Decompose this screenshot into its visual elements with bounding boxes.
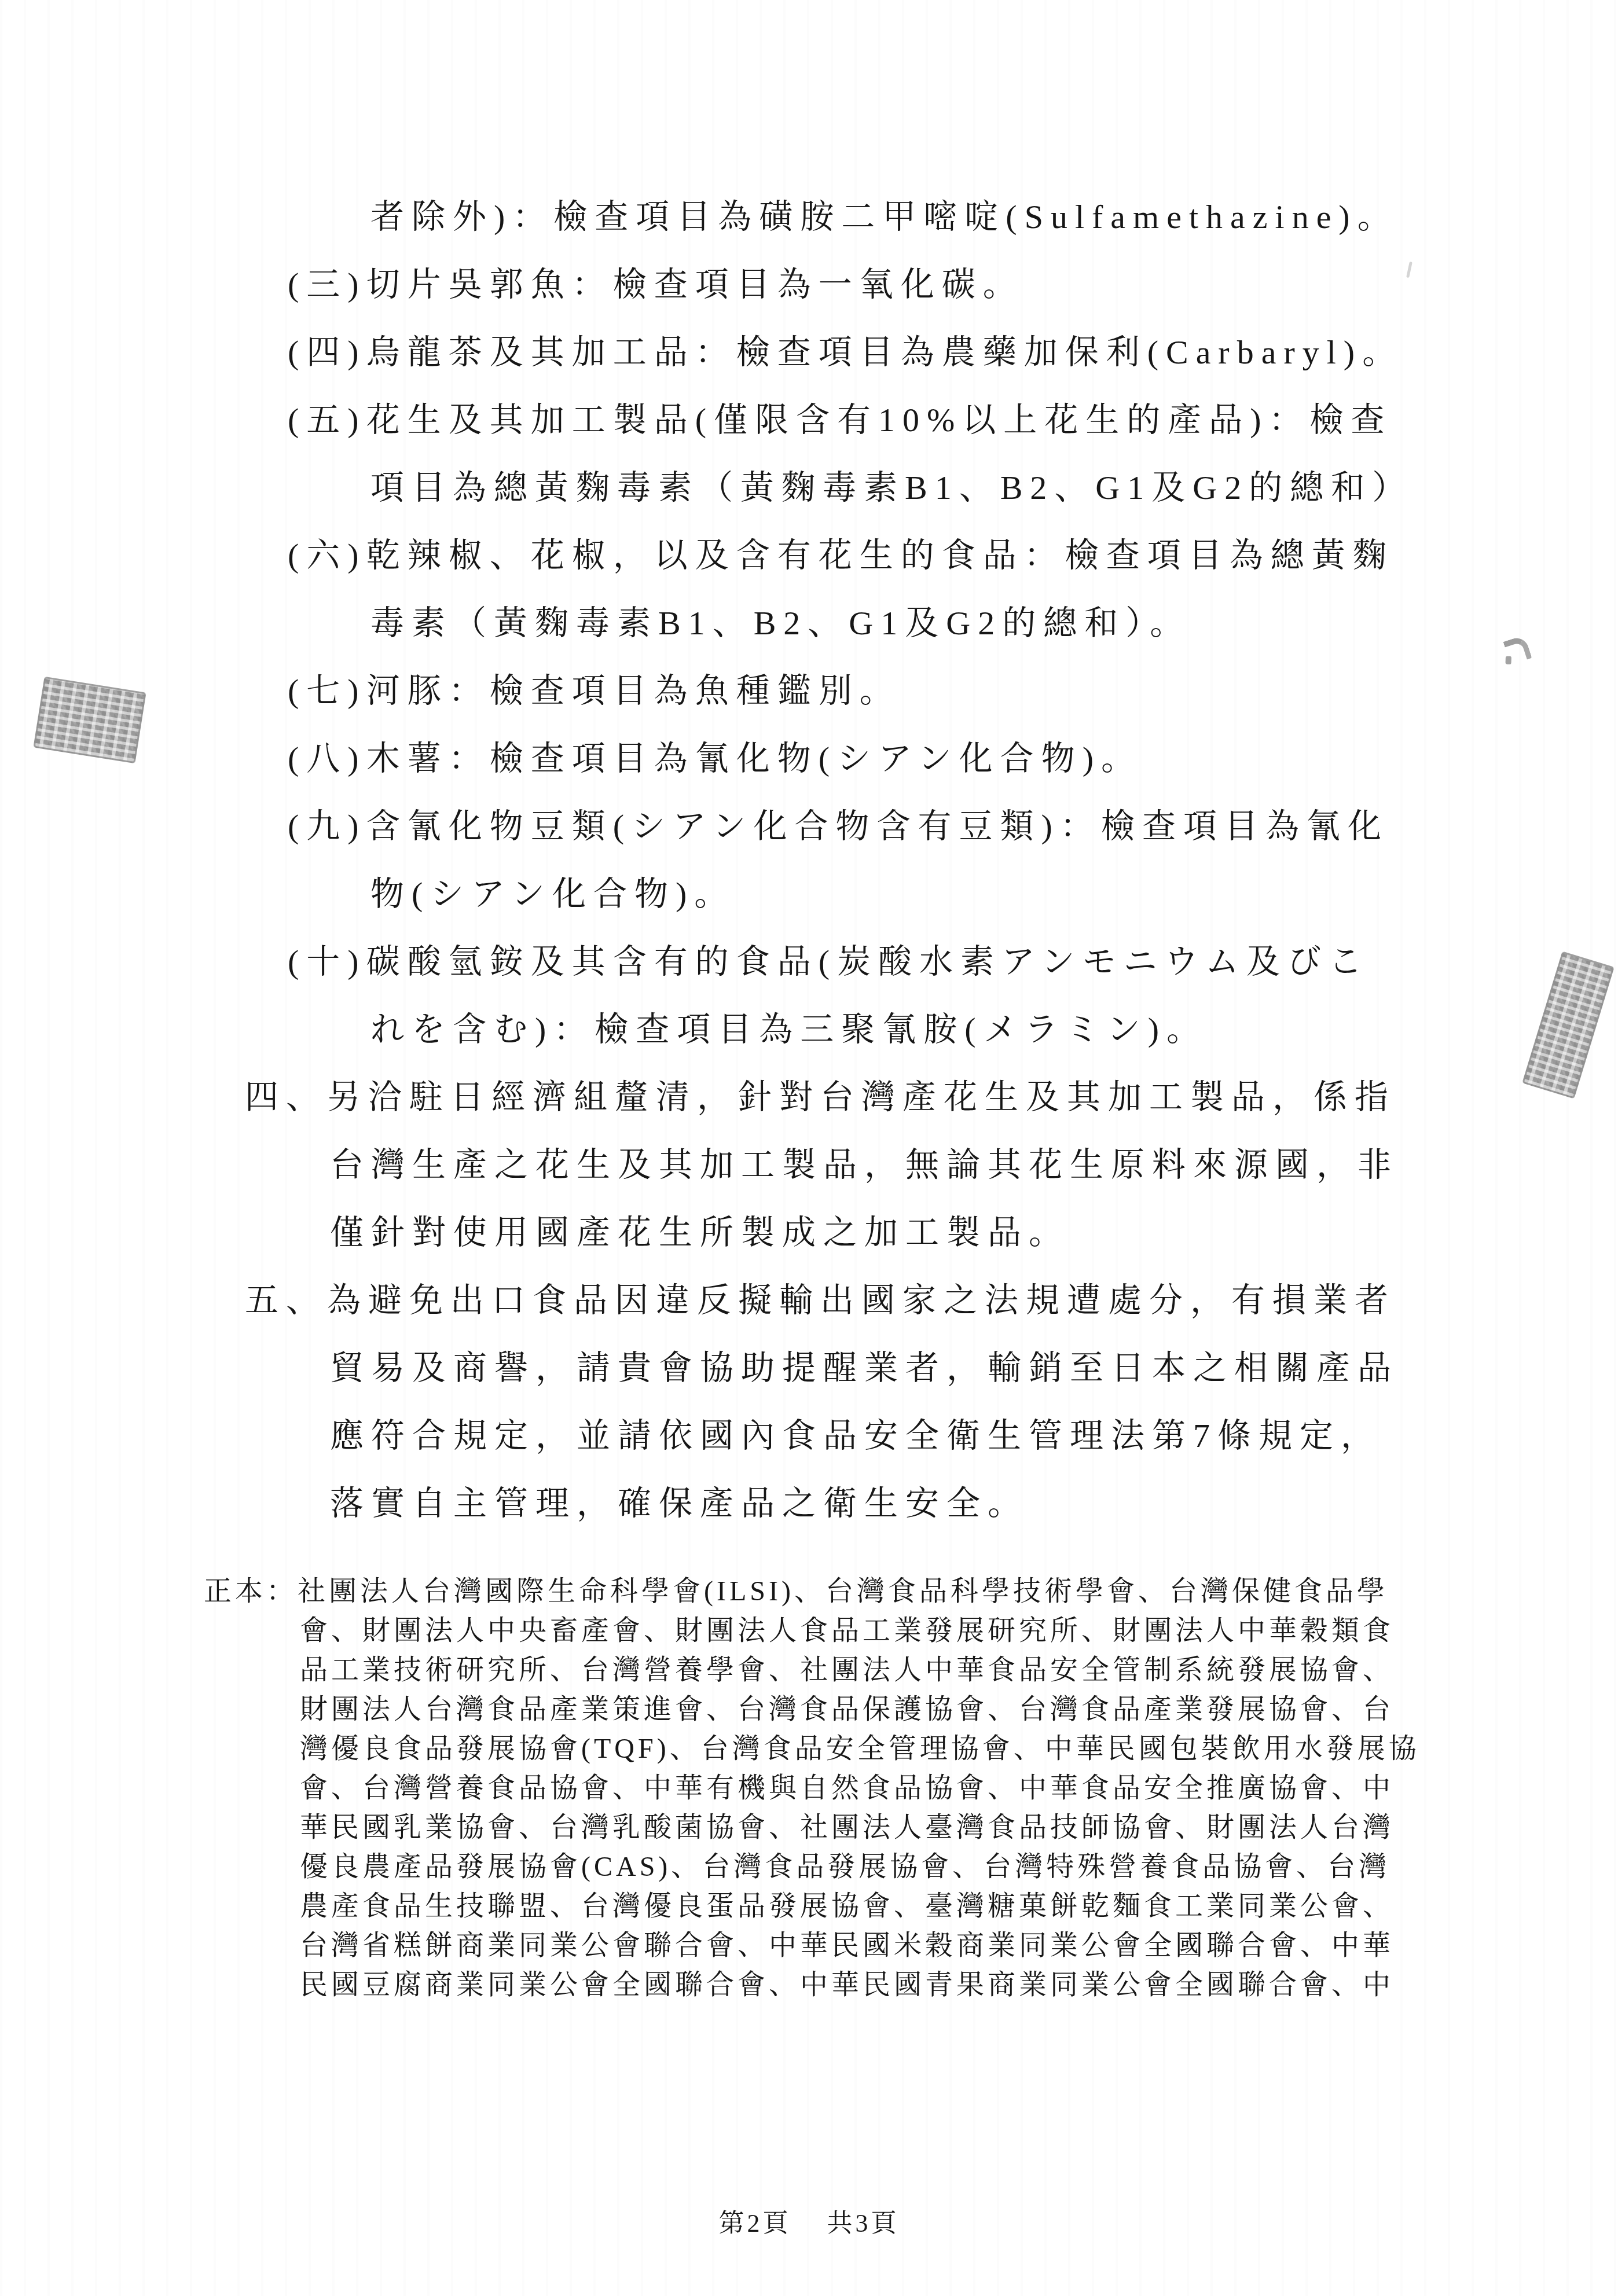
body-line: 項目為總黃麴毒素（黃麴毒素B1、B2、G1及G2的總和） [370, 454, 1618, 521]
recipient-line: 會、財團法人中央畜產會、財團法人食品工業發展研究所、財團法人中華穀類食 [300, 1611, 1618, 1651]
body-line: 五、為避免出口食品因違反擬輸出國家之法規遭處分，有損業者 [245, 1266, 1618, 1334]
document-body: 者除外)：檢查項目為磺胺二甲嘧啶(Sulfamethazine)。(三)切片吳郭… [0, 183, 1618, 1537]
recipient-line: 品工業技術研究所、台灣營養學會、社團法人中華食品安全管制系統發展協會、 [300, 1651, 1618, 1690]
body-line: 台灣生產之花生及其加工製品，無論其花生原料來源國，非 [330, 1131, 1618, 1199]
recipient-line: 台灣省糕餅商業同業公會聯合會、中華民國米穀商業同業公會全國聯合會、中華 [300, 1926, 1618, 1966]
body-line: 貿易及商譽，請貴會協助提醒業者，輸銷至日本之相關產品 [330, 1334, 1618, 1402]
body-line: 落實自主管理，確保產品之衛生安全。 [330, 1470, 1618, 1537]
body-line: (四)烏龍茶及其加工品：檢查項目為農藥加保利(Carbaryl)。 [288, 318, 1618, 386]
page-number: 第2頁 [719, 2209, 791, 2238]
body-line: 應符合規定，並請依國內食品安全衛生管理法第7條規定， [330, 1402, 1618, 1470]
recipient-line: 財團法人台灣食品產業策進會、台灣食品保護協會、台灣食品產業發展協會、台 [300, 1690, 1618, 1729]
page-footer: 第2頁共3頁 [0, 2206, 1618, 2241]
recipients-block: 正本：社團法人台灣國際生命科學會(ILSI)、台灣食品科學技術學會、台灣保健食品… [0, 1572, 1618, 2005]
body-line: れを含む)：檢查項目為三聚氰胺(メラミン)。 [370, 995, 1618, 1063]
recipient-line: 華民國乳業協會、台灣乳酸菌協會、社團法人臺灣食品技師協會、財團法人台灣 [300, 1808, 1618, 1847]
body-line: (六)乾辣椒、花椒，以及含有花生的食品：檢查項目為總黃麴 [288, 521, 1618, 589]
body-line: 者除外)：檢查項目為磺胺二甲嘧啶(Sulfamethazine)。 [370, 183, 1618, 251]
recipient-line: 正本：社團法人台灣國際生命科學會(ILSI)、台灣食品科學技術學會、台灣保健食品… [204, 1572, 1618, 1611]
recipient-line: 會、台灣營養食品協會、中華有機與自然食品協會、中華食品安全推廣協會、中 [300, 1769, 1618, 1808]
body-line: (五)花生及其加工製品(僅限含有10%以上花生的產品)：檢查 [288, 386, 1618, 454]
body-line: (七)河豚：檢查項目為魚種鑑別。 [288, 657, 1618, 725]
body-line: (三)切片吳郭魚：檢查項目為一氧化碳。 [288, 251, 1618, 318]
body-line: 僅針對使用國產花生所製成之加工製品。 [330, 1199, 1618, 1266]
body-line: (十)碳酸氫銨及其含有的食品(炭酸水素アンモニウム及びこ [288, 928, 1618, 995]
body-line: 物(シアン化合物)。 [370, 860, 1618, 928]
body-line: 毒素（黃麴毒素B1、B2、G1及G2的總和）。 [370, 589, 1618, 657]
body-line: 四、另洽駐日經濟組釐清，針對台灣產花生及其加工製品，係指 [245, 1063, 1618, 1131]
body-line: (八)木薯：檢查項目為氰化物(シアン化合物)。 [288, 725, 1618, 792]
recipient-line: 民國豆腐商業同業公會全國聯合會、中華民國青果商業同業公會全國聯合會、中 [300, 1966, 1618, 2005]
body-line: (九)含氰化物豆類(シアン化合物含有豆類)：檢查項目為氰化 [288, 792, 1618, 860]
recipient-line: 優良農產品發展協會(CAS)、台灣食品發展協會、台灣特殊營養食品協會、台灣 [300, 1847, 1618, 1887]
scanned-document-page: 者除外)：檢查項目為磺胺二甲嘧啶(Sulfamethazine)。(三)切片吳郭… [0, 0, 1618, 2296]
total-pages: 共3頁 [827, 2209, 900, 2238]
recipient-line: 農產食品生技聯盟、台灣優良蛋品發展協會、臺灣糖菓餅乾麵食工業同業公會、 [300, 1887, 1618, 1926]
recipient-line: 灣優良食品發展協會(TQF)、台灣食品安全管理協會、中華民國包裝飲用水發展協 [300, 1729, 1618, 1769]
